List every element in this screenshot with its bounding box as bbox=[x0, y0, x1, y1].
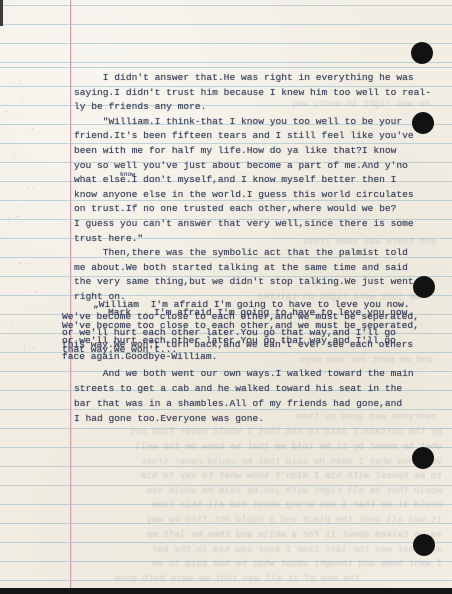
ghost-text-line: so we talked about it for a while and th… bbox=[66, 529, 442, 540]
margin-smudge: : . bbox=[12, 153, 26, 162]
typed-line: streets to get a cab and he walked towar… bbox=[74, 381, 414, 396]
hole-punch bbox=[411, 42, 433, 64]
margin-smudge: .. bbox=[20, 93, 30, 102]
typed-line: I guess you can't answer that very well,… bbox=[74, 217, 431, 232]
margin-smudge: . : bbox=[8, 78, 22, 87]
hole-punch bbox=[413, 276, 435, 298]
ghost-text-line: and that was the last time I ever saw hi… bbox=[66, 544, 442, 555]
overstruck-line: face again.Goodbye-William. bbox=[62, 352, 217, 362]
typed-line: me about.We both started talking at the … bbox=[74, 261, 431, 276]
ghost-text-line: by the curtain.I said to him that I woul… bbox=[66, 426, 442, 437]
typed-line: the very same thing,but we didn't stop t… bbox=[74, 275, 431, 290]
typed-line: "William.I think-that I know you too wel… bbox=[74, 115, 431, 130]
ghost-text-line: and we went our own ways bbox=[228, 354, 433, 365]
ghost-text-line: would that be all right with you.He said… bbox=[66, 485, 442, 496]
typed-line: saying.I didn't trust him because I knew… bbox=[74, 86, 431, 101]
ghost-text-line: what he meant by it.He told me that he k… bbox=[66, 441, 442, 452]
margin-smudge: ... bbox=[18, 258, 32, 267]
ghost-text-line: to be honest with him I didn't know what… bbox=[66, 470, 442, 481]
scanned-typewritten-page: he was right in every way and there was … bbox=[0, 0, 452, 594]
margin-smudge: : - bbox=[22, 345, 36, 354]
superscript-correction: know bbox=[120, 171, 135, 178]
margin-smudge: . - bbox=[6, 213, 20, 222]
scan-edge-bottom bbox=[0, 588, 452, 594]
typed-line: on trust.If no one trusted each other,wh… bbox=[74, 202, 431, 217]
typed-line: trust here." bbox=[74, 232, 431, 247]
margin-smudge: . . bbox=[10, 318, 24, 327]
ghost-text-line: could it be that I was wrong about him a… bbox=[66, 499, 442, 510]
margin-smudge: - bbox=[34, 288, 39, 297]
typed-line: And we both went our own ways.I walked t… bbox=[74, 366, 414, 381]
typed-line: I didn't answer that.He was right in eve… bbox=[74, 71, 431, 86]
hole-punch bbox=[413, 534, 435, 556]
scan-edge-corner bbox=[0, 0, 3, 26]
typed-text-closing: And we both went our own ways.I walked t… bbox=[74, 366, 414, 426]
hole-punch bbox=[412, 112, 434, 134]
typed-line: know anyone else in the world.I guess th… bbox=[74, 188, 431, 203]
typed-line: I had gone too.Everyone was gone. bbox=[74, 411, 414, 426]
margin-smudge: .. bbox=[26, 183, 36, 192]
margin-smudge: . bbox=[30, 123, 35, 132]
typed-line: been with me for half my life.How do ya … bbox=[74, 144, 431, 159]
margin-smudge: - . bbox=[4, 108, 18, 117]
ghost-text-line: the end of it all was that we were both … bbox=[110, 573, 360, 584]
typed-line: bar that was in a shambles.All of my fri… bbox=[74, 396, 414, 411]
typed-line: Then,there was the symbolic act that the… bbox=[74, 246, 431, 261]
typed-text-main: I didn't answer that.He was right in eve… bbox=[74, 71, 431, 305]
ghost-text-line: it was all over the place and I could no… bbox=[66, 514, 442, 525]
ghost-text-line: I went home and thought about what he ha… bbox=[66, 558, 442, 569]
typed-line: friend.It's been fifteen tears and I sti… bbox=[74, 129, 431, 144]
typed-line: ly be friends any more. bbox=[74, 100, 431, 115]
ghost-text-line: you know what I mean.He said that he cou… bbox=[66, 456, 442, 467]
hole-punch bbox=[412, 447, 434, 469]
